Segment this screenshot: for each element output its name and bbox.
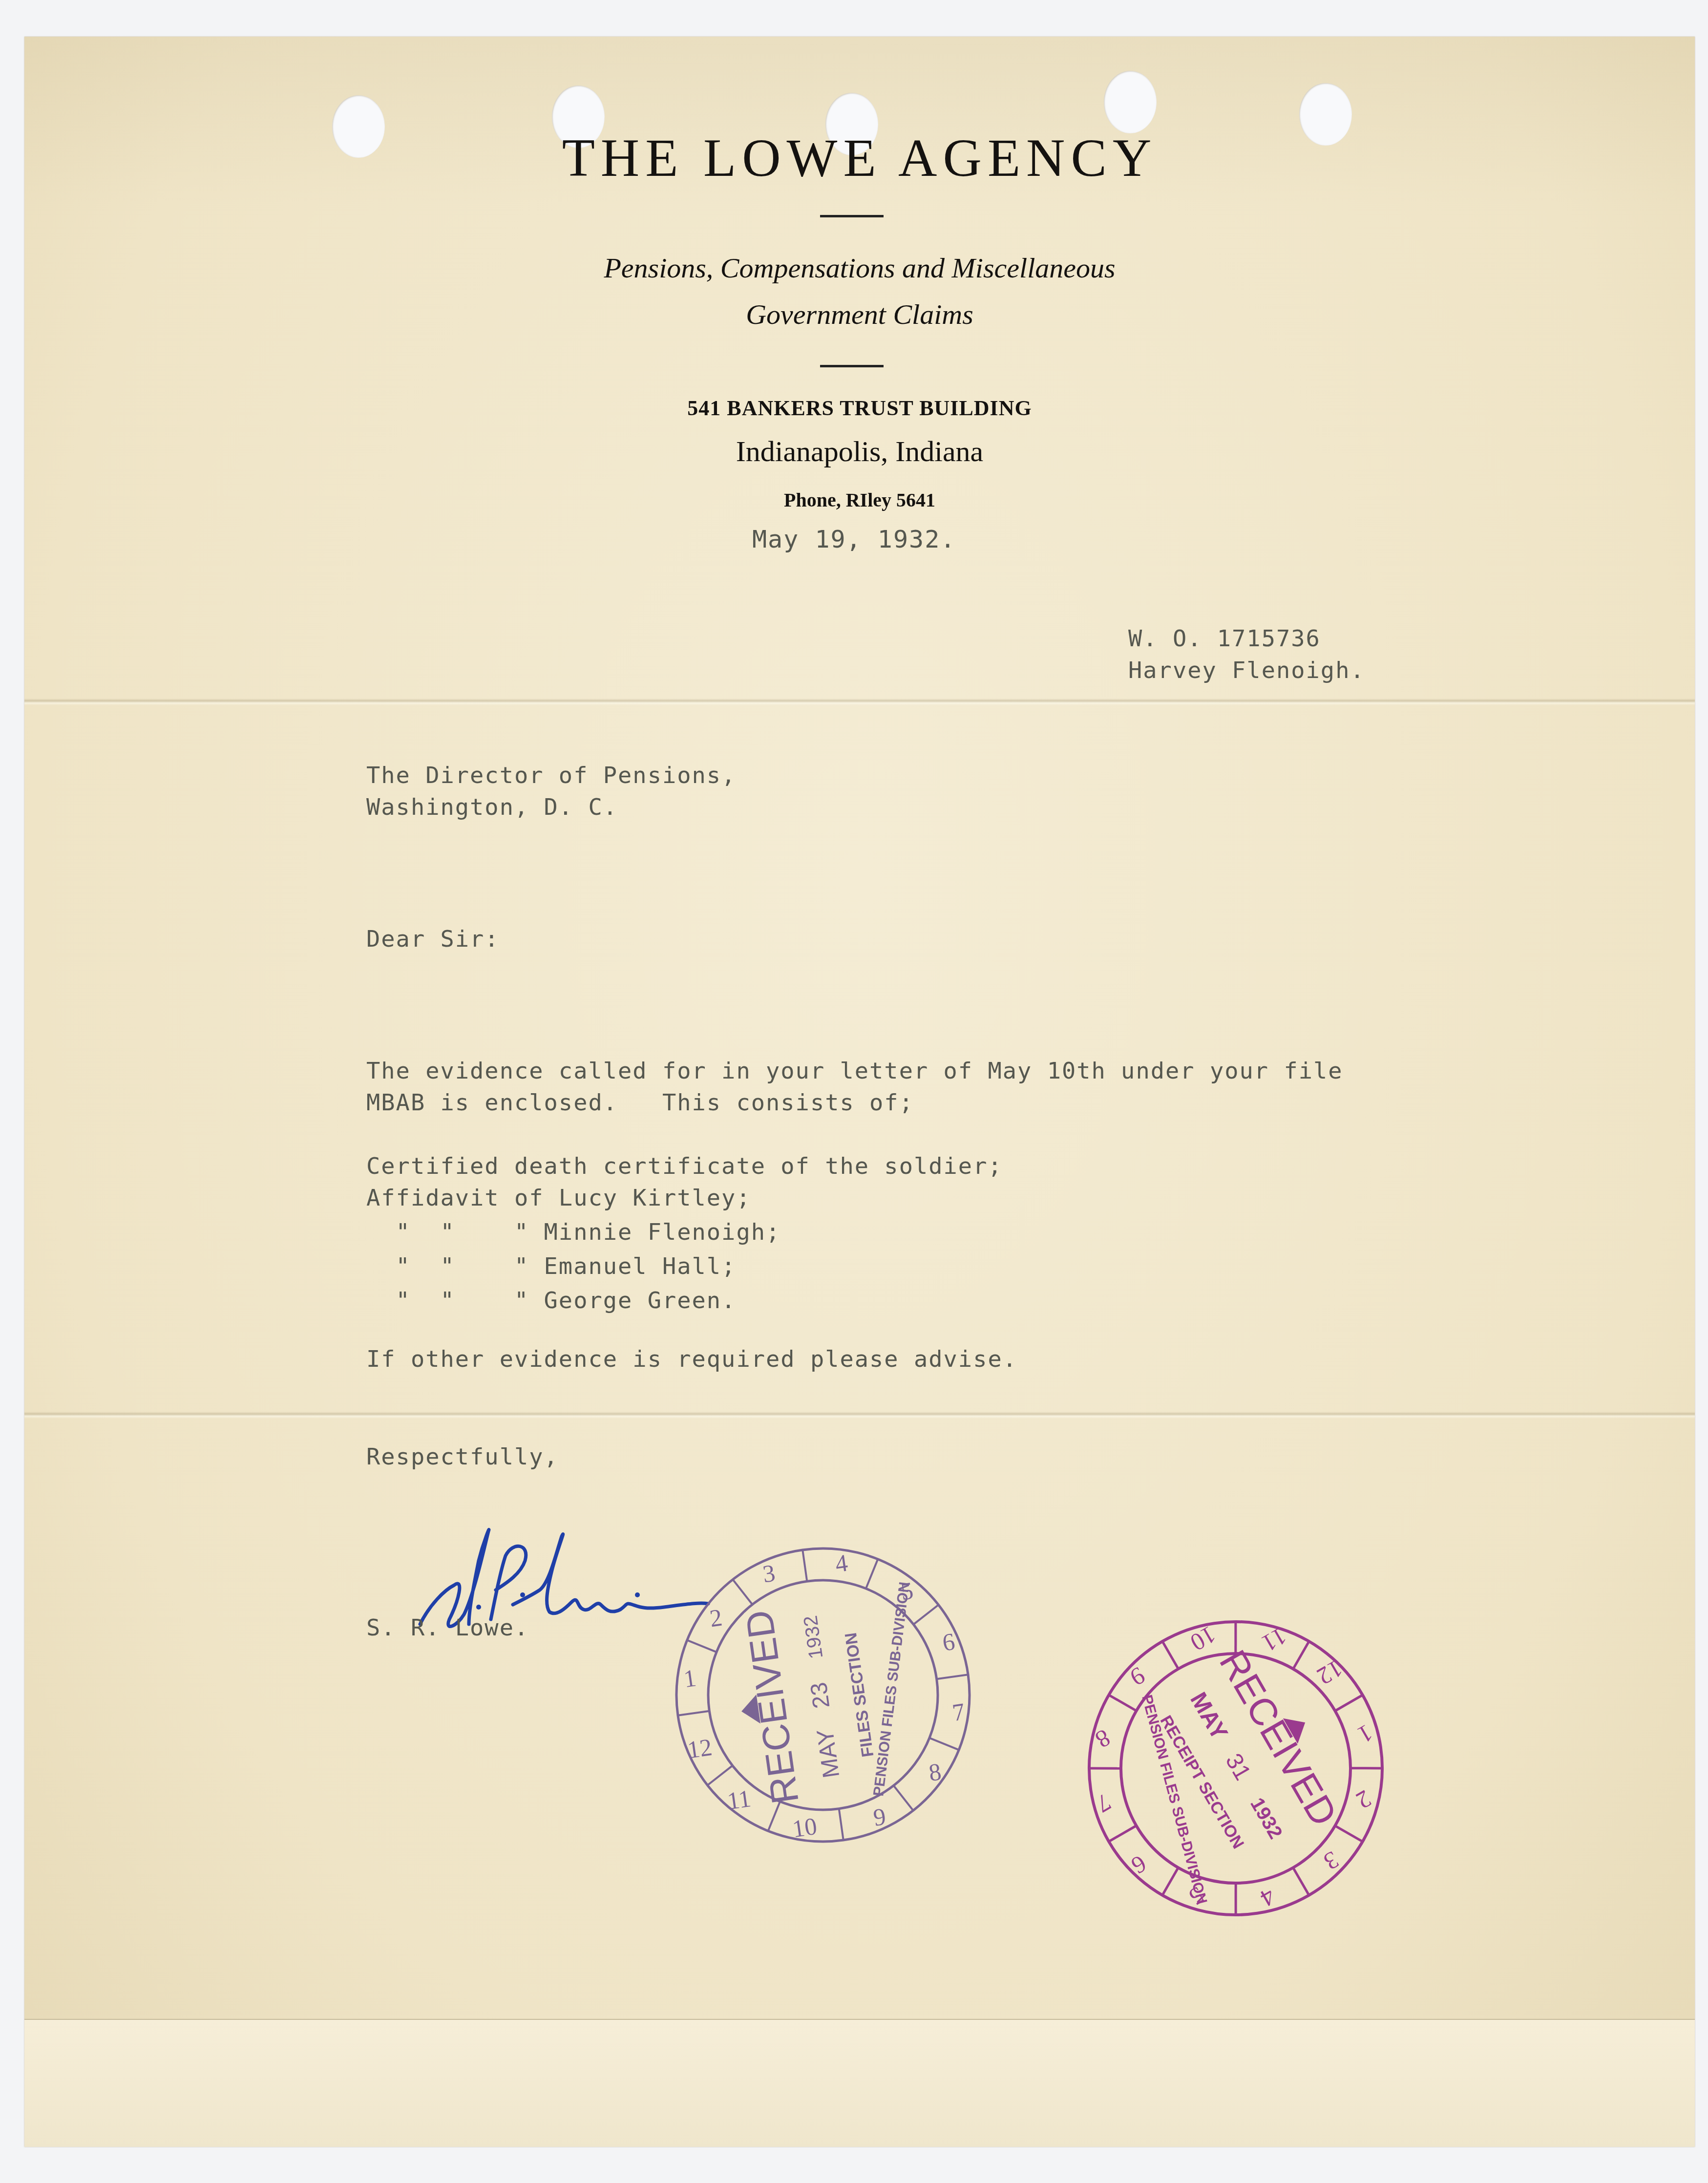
body-line-2: MBAB is enclosed. This consists of; [366, 1089, 914, 1116]
stamp-ring-number: 4 [1256, 1883, 1280, 1912]
stamp-ring-number: 3 [761, 1559, 777, 1588]
stamp-ring-number: 7 [950, 1697, 967, 1726]
stamp-day: 23 [806, 1681, 835, 1710]
fold-crease-1 [24, 699, 1695, 705]
letterhead-tagline-1: Pensions, Compensations and Miscellaneou… [24, 252, 1695, 284]
received-stamp-may-23: 3 4 5 6 7 8 9 10 11 12 1 2 RECEIVED MAY … [647, 1519, 1000, 1872]
stamp-ring-number: 11 [1257, 1622, 1291, 1658]
letterhead-address: 541 BANKERS TRUST BUILDING [24, 396, 1695, 421]
letterhead-phone: Phone, RIley 5641 [24, 488, 1695, 511]
stamp-ring-number: 10 [791, 1812, 819, 1843]
recipient-line-2: Washington, D. C. [366, 794, 618, 821]
enclosure-item: " " " George Green. [366, 1287, 736, 1314]
complimentary-close: Respectfully, [366, 1443, 559, 1470]
letter-page: THE LOWE AGENCY Pensions, Compensations … [24, 37, 1695, 2147]
letter-date: May 19, 1932. [752, 525, 956, 553]
body-line-1: The evidence called for in your letter o… [366, 1058, 1343, 1084]
stamp-ring-number: 6 [1127, 1850, 1151, 1880]
stamp-section: FILES SECTION [842, 1632, 877, 1759]
stamp-day: 31 [1220, 1749, 1256, 1785]
stamp-ring-number: 10 [1186, 1621, 1221, 1656]
enclosure-item: Affidavit of Lucy Kirtley; [366, 1185, 751, 1211]
letterhead-city: Indianapolis, Indiana [24, 435, 1695, 468]
stamp-ring-number: 12 [1312, 1655, 1347, 1691]
salutation: Dear Sir: [366, 926, 500, 953]
folded-bottom-edge [24, 2019, 1695, 2147]
stamp-ring-number: 11 [725, 1784, 752, 1815]
stamp-ring-number: 9 [1125, 1662, 1150, 1692]
company-name: THE LOWE AGENCY [24, 127, 1695, 189]
received-stamp-may-31: 3 4 5 6 7 8 9 10 11 12 1 2 RECEIVED MAY … [1022, 1555, 1449, 1982]
reference-claimant: Harvey Flenoigh. [1128, 657, 1365, 684]
stamp-ring-number: 8 [1091, 1724, 1116, 1754]
recipient-line-1: The Director of Pensions, [366, 762, 736, 789]
closing-request: If other evidence is required please adv… [366, 1346, 1017, 1373]
enclosure-item: " " " Minnie Flenoigh; [366, 1219, 780, 1246]
letterhead-tagline-2: Government Claims [24, 298, 1695, 331]
stamp-ring-number: 8 [927, 1758, 943, 1786]
stamp-ring-number: 2 [1352, 1785, 1376, 1815]
stamp-ring-number: 12 [686, 1733, 714, 1763]
stamp-month: MAY [1185, 1688, 1232, 1744]
stamp-year: 1932 [800, 1614, 827, 1660]
stamp-ring-number: 2 [708, 1603, 724, 1632]
stamp-ring-number: 3 [1319, 1846, 1344, 1876]
stamp-ring-number: 1 [682, 1664, 698, 1693]
letterhead-rule-2 [820, 365, 884, 367]
stamp-year: 1932 [1246, 1794, 1286, 1843]
reference-wo-number: W. O. 1715736 [1128, 625, 1321, 652]
stamp-ring-number: 9 [872, 1802, 888, 1831]
enclosure-item: Certified death certificate of the soldi… [366, 1153, 1003, 1180]
stamp-division: PENSION FILES SUB-DIVISION [870, 1581, 913, 1797]
punch-hole-4 [1104, 71, 1157, 133]
fold-crease-2 [24, 1412, 1695, 1419]
letterhead-rule-1 [820, 215, 884, 217]
signer-name: S. R. Lowe. [366, 1614, 529, 1641]
enclosure-item: " " " Emanuel Hall; [366, 1253, 736, 1280]
stamp-ring-number: 4 [834, 1549, 850, 1578]
stamp-month: MAY [812, 1727, 844, 1780]
